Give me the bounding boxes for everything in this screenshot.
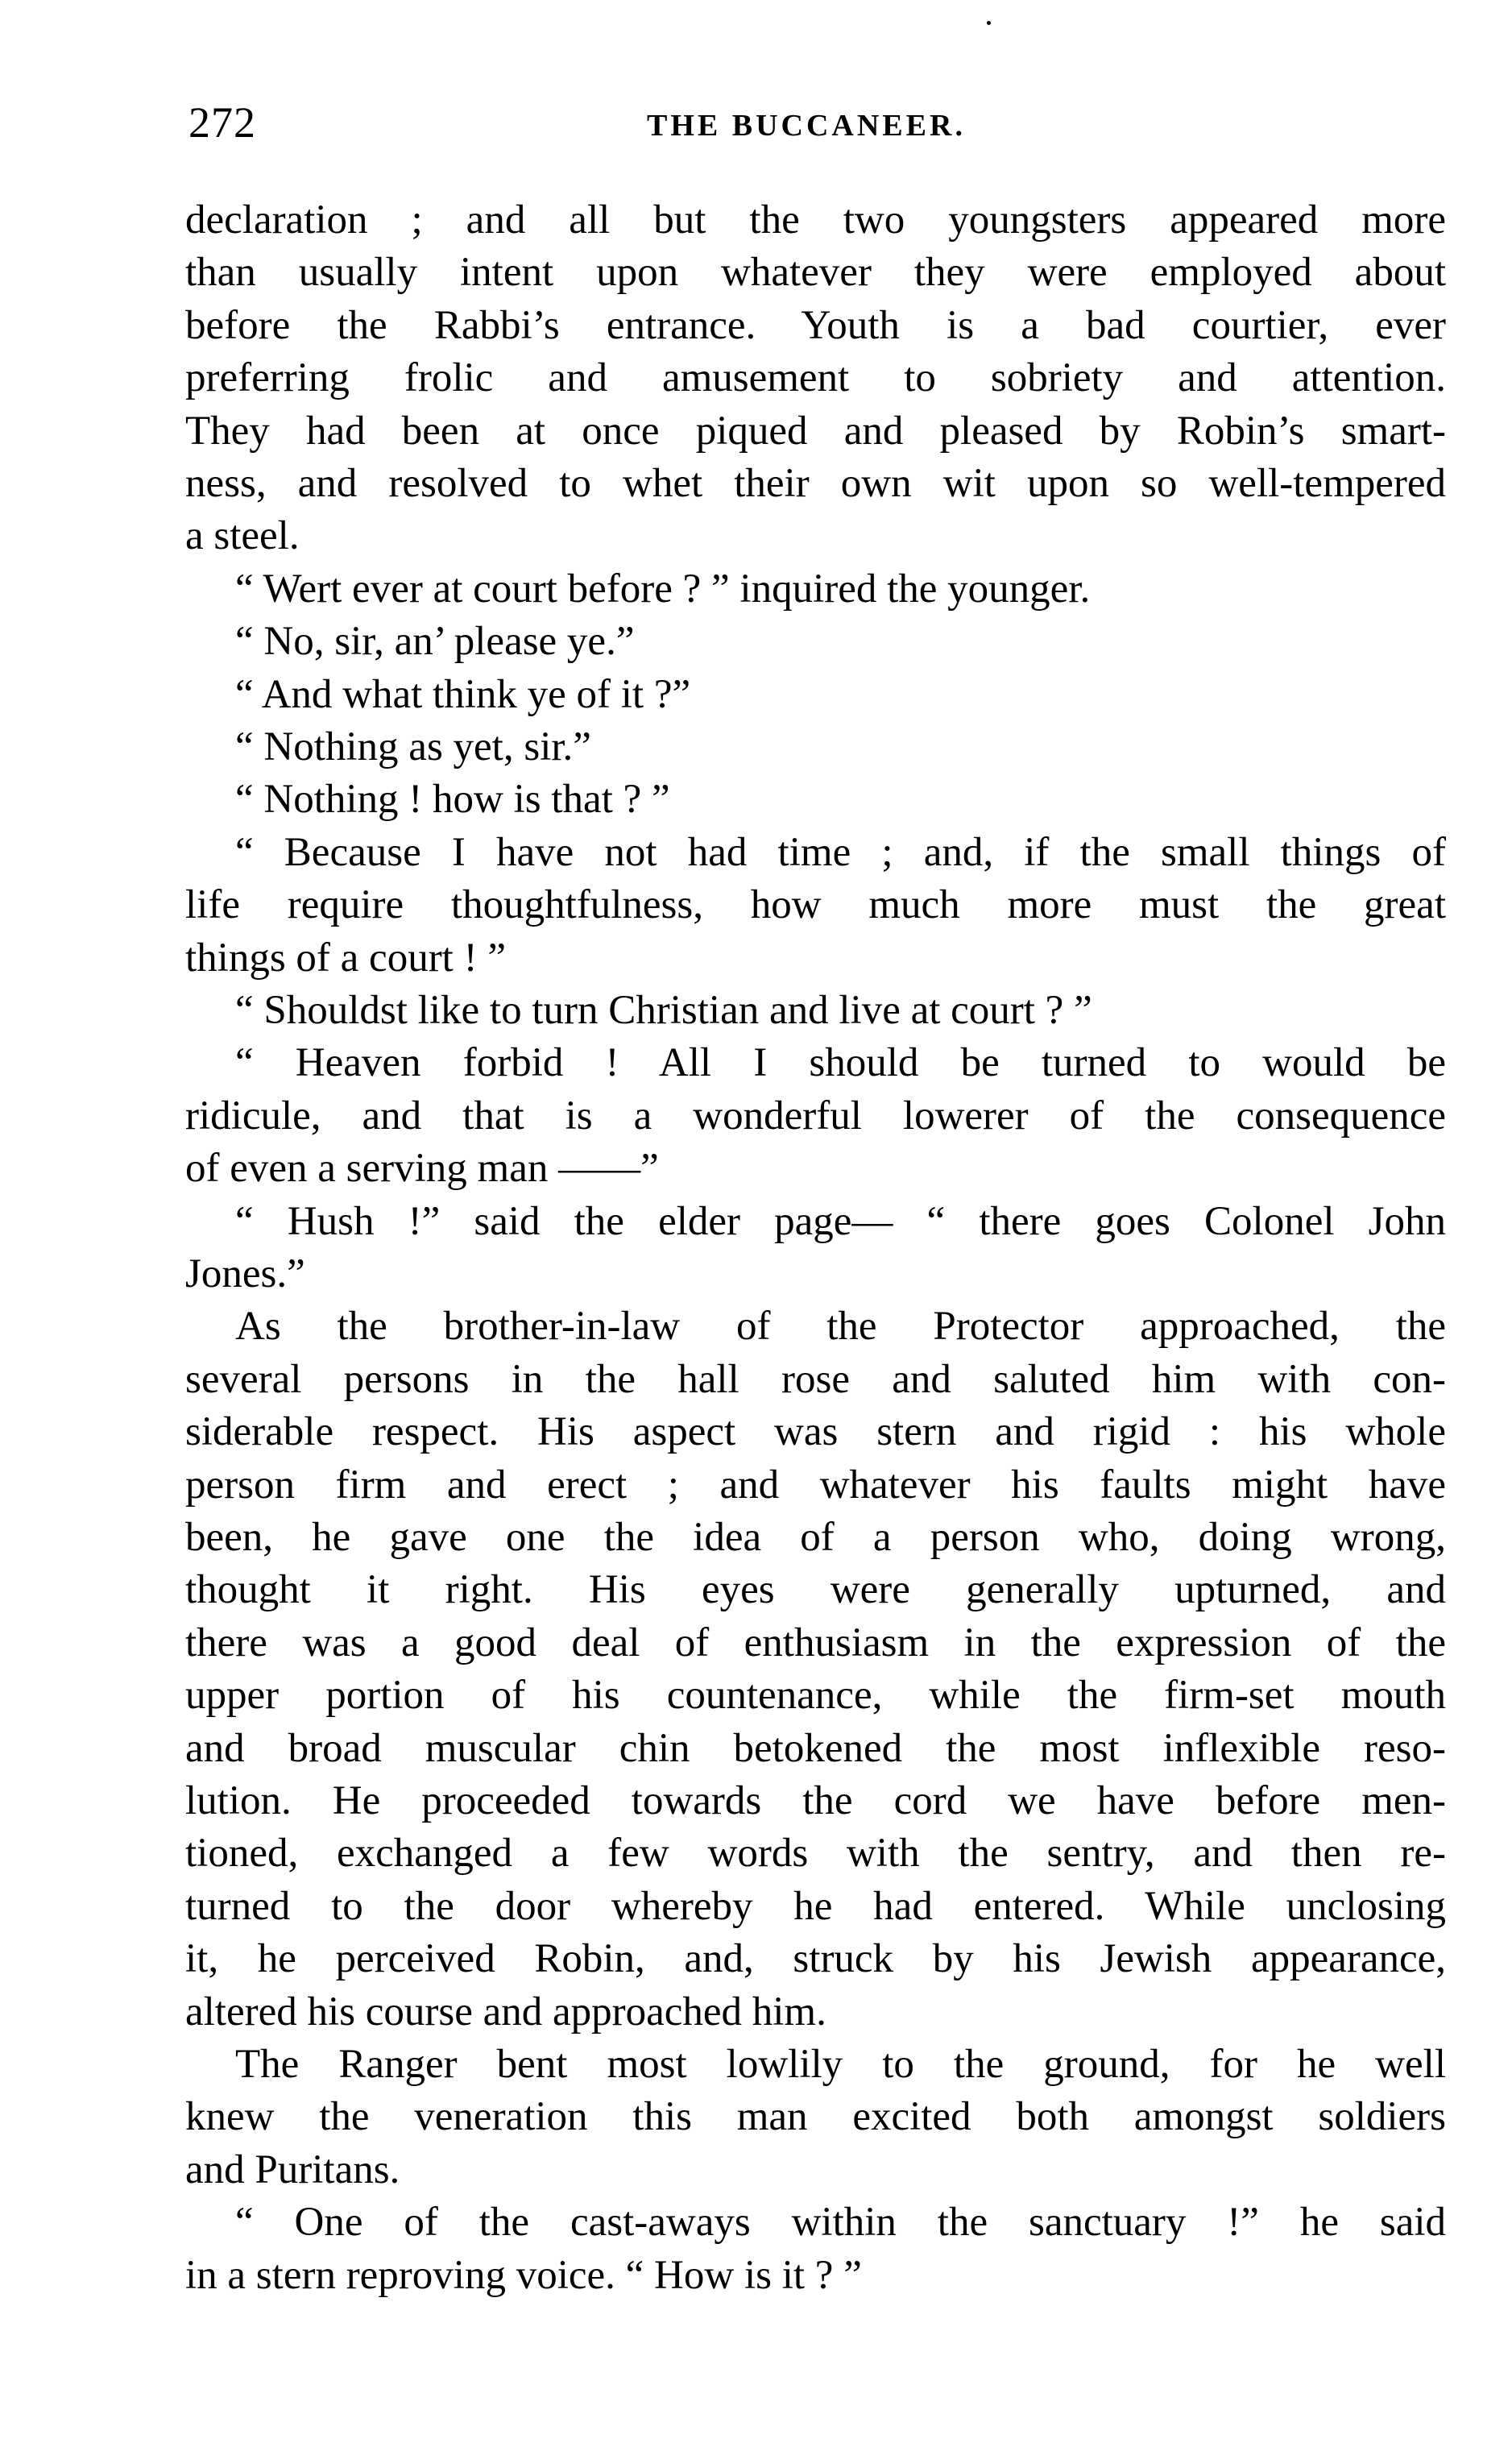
text-line: life require thoughtfulness, how much mo…: [185, 878, 1446, 931]
text-line: “ One of the cast-aways within the sanct…: [185, 2196, 1446, 2249]
text-line: than usually intent upon whatever they w…: [185, 246, 1446, 299]
text-line: of even a serving man ——”: [185, 1142, 1446, 1195]
text-line: As the brother-in-law of the Protector a…: [185, 1300, 1446, 1353]
text-line: thought it right. His eyes were generall…: [185, 1563, 1446, 1616]
text-line: “ Shouldst like to turn Christian and li…: [185, 984, 1446, 1037]
page-number: 272: [188, 98, 256, 147]
text-line: and broad muscular chin betokened the mo…: [185, 1722, 1446, 1775]
text-line: tioned, exchanged a few words with the s…: [185, 1827, 1446, 1880]
text-line: “ Nothing as yet, sir.”: [185, 720, 1446, 774]
text-line: “ Because I have not had time ; and, if …: [185, 826, 1446, 879]
text-line: preferring frolic and amusement to sobri…: [185, 351, 1446, 404]
text-line: “ Heaven forbid ! All I should be turned…: [185, 1036, 1446, 1089]
text-line: “ Wert ever at court before ? ” inquired…: [185, 562, 1446, 616]
text-line: before the Rabbi’s entrance. Youth is a …: [185, 299, 1446, 352]
text-line: ness, and resolved to whet their own wit…: [185, 457, 1446, 510]
text-line: knew the veneration this man excited bot…: [185, 2090, 1446, 2143]
text-line: “ No, sir, an’ please ye.”: [185, 615, 1446, 668]
text-line: things of a court ! ”: [185, 931, 1446, 985]
text-line: and Puritans.: [185, 2143, 1446, 2196]
text-line: declaration ; and all but the two youngs…: [185, 193, 1446, 247]
text-line: turned to the door whereby he had entere…: [185, 1880, 1446, 1933]
text-line: “ Nothing ! how is that ? ”: [185, 773, 1446, 826]
text-line: there was a good deal of enthusiasm in t…: [185, 1616, 1446, 1669]
text-line: ridicule, and that is a wonderful lowere…: [185, 1089, 1446, 1143]
text-line: They had been at once piqued and pleased…: [185, 404, 1446, 458]
text-line: siderable respect. His aspect was stern …: [185, 1405, 1446, 1458]
text-line: a steel.: [185, 509, 1446, 562]
text-line: “ Hush !” said the elder page— “ there g…: [185, 1195, 1446, 1248]
text-line: in a stern reproving voice. “ How is it …: [185, 2249, 1446, 2302]
text-line: “ And what think ye of it ?”: [185, 668, 1446, 721]
text-line: upper portion of his countenance, while …: [185, 1669, 1446, 1722]
text-line: it, he perceived Robin, and, struck by h…: [185, 1932, 1446, 1985]
running-head-title: THE BUCCANEER.: [647, 108, 966, 143]
text-line: Jones.”: [185, 1247, 1446, 1300]
text-line: altered his course and approached him.: [185, 1985, 1446, 2039]
text-line: lution. He proceeded towards the cord we…: [185, 1774, 1446, 1827]
text-line: The Ranger bent most lowlily to the grou…: [185, 2038, 1446, 2091]
scan-speck: [987, 21, 991, 25]
text-line: several persons in the hall rose and sal…: [185, 1353, 1446, 1406]
text-line: person firm and erect ; and whatever his…: [185, 1458, 1446, 1512]
text-line: been, he gave one the idea of a person w…: [185, 1511, 1446, 1564]
